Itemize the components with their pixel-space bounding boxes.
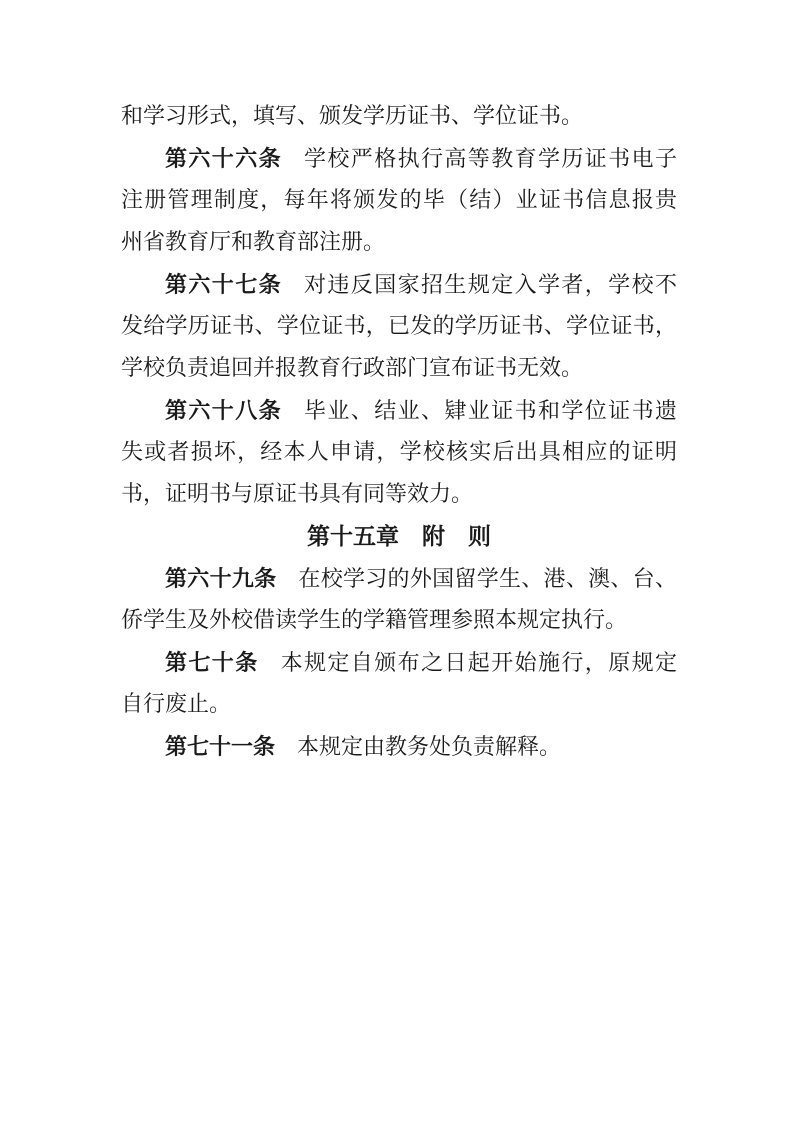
article-70-line-1: 第七十条本规定自颁布之日起开始施行，原规定: [121, 642, 677, 684]
article-71-number: 第七十一条: [165, 734, 275, 760]
article-67-text: 对违反国家招生规定入学者，学校不: [304, 273, 677, 298]
article-70-number: 第七十条: [165, 650, 259, 676]
article-68-text: 毕业、结业、肄业证书和学位证书遗: [304, 399, 677, 424]
article-69-line-2: 侨学生及外校借读学生的学籍管理参照本规定执行。: [121, 600, 677, 642]
document-text-block: 和学习形式，填写、颁发学历证书、学位证书。 第六十六条学校严格执行高等教育学历证…: [121, 96, 677, 768]
chapter-15-heading: 第十五章 附 则: [121, 516, 677, 558]
article-67-line-1: 第六十七条对违反国家招生规定入学者，学校不: [121, 264, 677, 306]
article-69-line-1: 第六十九条在校学习的外国留学生、港、澳、台、: [121, 558, 677, 600]
article-66-line-1: 第六十六条学校严格执行高等教育学历证书电子: [121, 138, 677, 180]
article-70-text: 本规定自颁布之日起开始施行，原规定: [281, 651, 677, 676]
article-66-line-3: 州省教育厅和教育部注册。: [121, 222, 677, 264]
body-line: 和学习形式，填写、颁发学历证书、学位证书。: [121, 96, 677, 138]
article-68-line-1: 第六十八条毕业、结业、肄业证书和学位证书遗: [121, 390, 677, 432]
article-67-number: 第六十七条: [165, 272, 282, 298]
article-67-line-2: 发给学历证书、学位证书，已发的学历证书、学位证书，: [121, 306, 677, 348]
article-66-line-2: 注册管理制度，每年将颁发的毕（结）业证书信息报贵: [121, 180, 677, 222]
article-68-number: 第六十八条: [165, 398, 282, 424]
article-69-number: 第六十九条: [165, 566, 276, 592]
article-71-text: 本规定由教务处负责解释。: [297, 735, 561, 760]
article-71-line-1: 第七十一条本规定由教务处负责解释。: [121, 726, 677, 768]
document-page: 和学习形式，填写、颁发学历证书、学位证书。 第六十六条学校严格执行高等教育学历证…: [0, 0, 794, 1123]
article-68-line-2: 失或者损坏，经本人申请，学校核实后出具相应的证明: [121, 432, 677, 474]
article-67-line-3: 学校负责追回并报教育行政部门宣布证书无效。: [121, 348, 677, 390]
article-66-text: 学校严格执行高等教育学历证书电子: [304, 147, 677, 172]
article-66-number: 第六十六条: [165, 146, 282, 172]
article-68-line-3: 书，证明书与原证书具有同等效力。: [121, 474, 677, 516]
article-69-text: 在校学习的外国留学生、港、澳、台、: [298, 567, 677, 592]
article-70-line-2: 自行废止。: [121, 684, 677, 726]
